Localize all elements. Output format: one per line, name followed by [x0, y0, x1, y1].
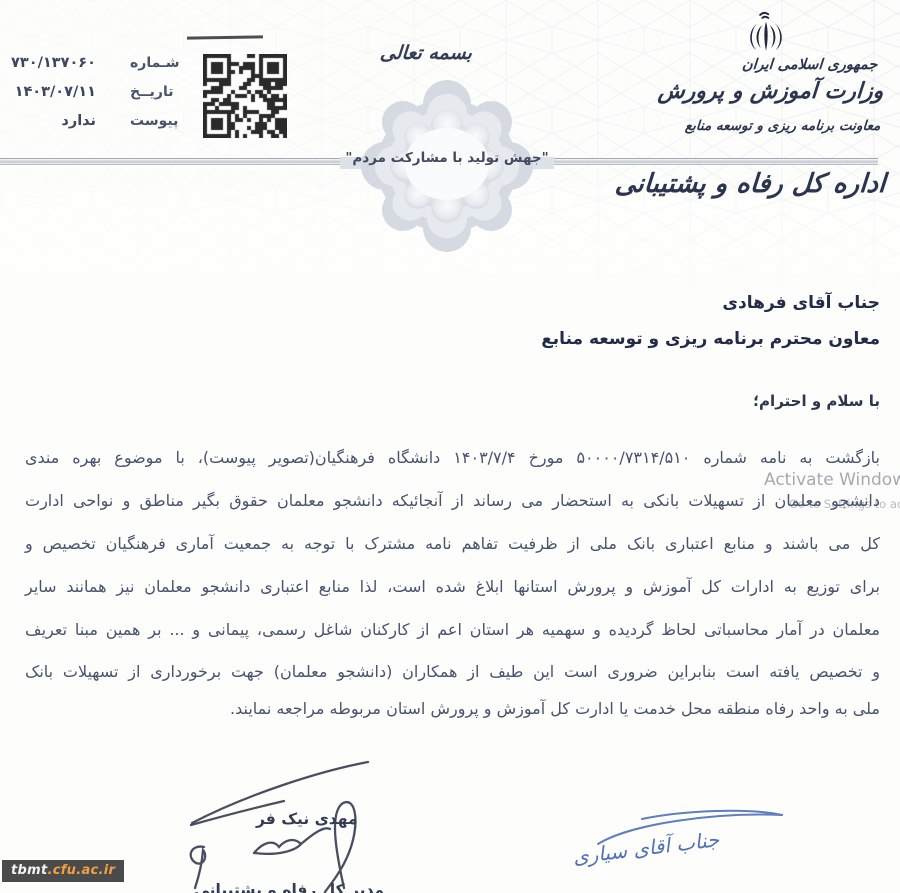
bismillah-text: بسمه تعالی — [367, 42, 485, 64]
body-line: دانشجو معلمان از تسهیلات بانکی به استحضا… — [25, 490, 880, 511]
top-divider-line — [187, 35, 263, 39]
slogan-text: "جهش تولید با مشارکت مردم" — [336, 150, 558, 166]
body-line: بازگشت به نامه شماره ۵۰۰۰۰/۷۳۱۴/۵۱۰ مورخ… — [25, 447, 880, 468]
number-value: ۷۳۰/۱۳۷۰۶۰ — [6, 55, 96, 71]
header-office: اداره کل رفاه و پشتیبانی — [614, 169, 886, 199]
activate-windows-watermark: Activate Windows — [764, 470, 900, 490]
ribbon-bar-left — [0, 158, 346, 165]
recipient-title: معاون محترم برنامه ریزی و توسعه منابع — [541, 329, 880, 349]
signature-strokes — [178, 752, 388, 893]
iran-emblem-icon — [744, 11, 788, 57]
body-line: معلمان در آمار محاسباتی لحاظ گردیده و سه… — [25, 619, 880, 640]
body-line: برای توزیع به ادارات کل آموزش و پرورش اس… — [25, 576, 880, 597]
salutation: با سلام و احترام؛ — [753, 392, 880, 410]
footer-url-badge: tbmt.cfu.ac.ir — [2, 860, 124, 882]
header-country: جمهوری اسلامی ایران — [741, 57, 878, 73]
number-label: شـماره — [130, 55, 198, 71]
body-line: و تخصیص یافته است بنابراین ضروری است این… — [25, 661, 880, 682]
attachment-label: پیوست — [130, 113, 198, 129]
date-label: تاریــخ — [130, 84, 198, 100]
slogan-medallion — [340, 80, 554, 252]
footer-url-suffix: .cfu.ac.ir — [47, 863, 115, 878]
header-ministry: وزارت آموزش و پرورش — [657, 79, 884, 104]
ribbon-bar-right — [540, 158, 878, 165]
body-line: ملی به واحد رفاه منطقه محل خدمت یا ادارت… — [25, 698, 880, 719]
date-value: ۱۴۰۳/۰۷/۱۱ — [6, 84, 96, 100]
header-deputy: معاونت برنامه ریزی و توسعه منابع — [684, 118, 881, 134]
body-line: کل می باشند و منابع اعتباری بانک ملی از … — [25, 533, 880, 554]
recipient-name: جناب آقای فرهادی — [722, 293, 880, 313]
footer-url-prefix: tbmt — [11, 863, 47, 878]
attachment-value: ندارد — [6, 113, 96, 129]
qr-code — [203, 54, 287, 138]
